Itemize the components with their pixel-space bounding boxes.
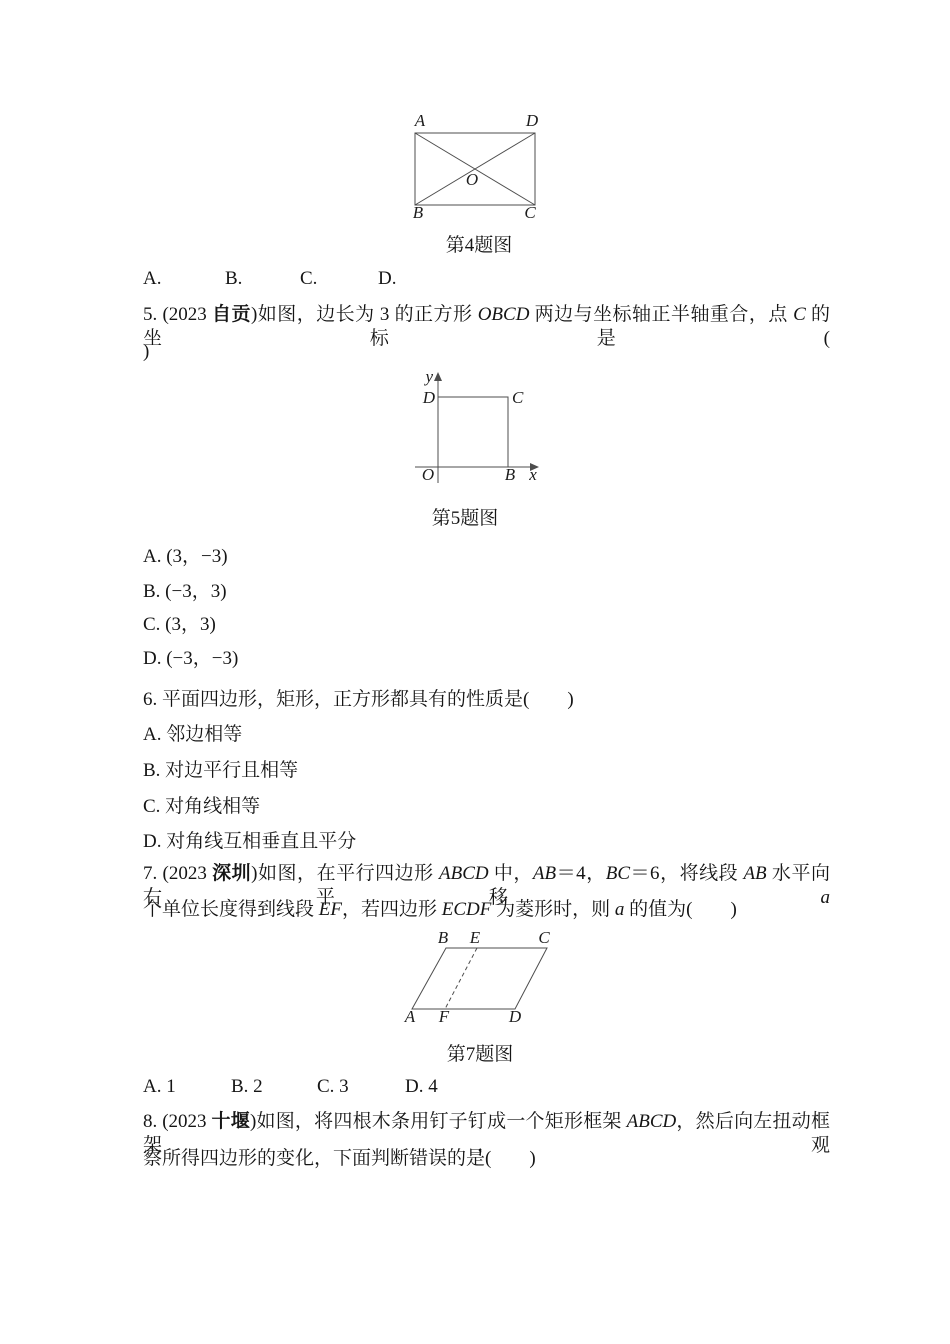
figure7-caption: 第7题图	[447, 1043, 514, 1067]
x-axis-label: x	[528, 465, 537, 484]
q8-stem-number: 8. (2023	[143, 1111, 212, 1132]
center-label-o: O	[466, 170, 478, 189]
figure5-caption: 第5题图	[432, 507, 499, 531]
figure-question7-parallelogram: B E C A F D	[400, 928, 560, 1033]
q7-option-a: A. 1	[143, 1075, 176, 1099]
q5-option-b: B. (−3，3)	[143, 580, 227, 604]
q5-option-a: A. (3，−3)	[143, 545, 228, 569]
question-7-stem-line2: 个单位长度得到线段 EF，若四边形 ECDF 为菱形时，则 a 的值为( )	[143, 898, 737, 922]
q7-option-d: D. 4	[405, 1075, 438, 1099]
q7-option-c: C. 3	[317, 1075, 349, 1099]
q6-option-b: B. 对边平行且相等	[143, 759, 298, 783]
vertex-label-b: B	[413, 203, 424, 222]
question-6-stem: 6. 平面四边形，矩形，正方形都具有的性质是( )	[143, 688, 574, 712]
q4-option-c: C.	[300, 267, 317, 291]
q6-option-d: D. 对角线互相垂直且平分	[143, 830, 356, 854]
vertex-label-d: D	[508, 1007, 522, 1026]
q5-option-d: D. (−3，−3)	[143, 647, 238, 671]
q5-stem-number: 5. (2023	[143, 304, 212, 325]
vertex-label-c: C	[512, 388, 524, 407]
q7-option-b: B. 2	[231, 1075, 263, 1099]
vertex-label-b: B	[438, 928, 449, 947]
point-label-e: E	[469, 928, 481, 947]
vertex-label-d: D	[525, 112, 539, 130]
vertex-label-c: C	[538, 928, 550, 947]
worksheet-page: A D B C O 第4题图 A. B. C. D. 5. (2023 自贡)如…	[0, 0, 950, 1344]
q4-option-d: D.	[378, 267, 396, 291]
point-label-f: F	[438, 1007, 450, 1026]
origin-label-o: O	[422, 465, 434, 484]
figure-question5-coordinate-square: y D C O B x	[400, 370, 560, 490]
segment-ef-dashed	[445, 948, 477, 1009]
question-8-stem-line2: 察所得四边形的变化，下面判断错误的是( )	[143, 1147, 536, 1171]
vertex-label-c: C	[524, 203, 536, 222]
square-obcd	[438, 397, 508, 467]
q7-stem-number: 7. (2023	[143, 863, 212, 884]
q6-option-c: C. 对角线相等	[143, 795, 260, 819]
q5-stem-close-paren: )	[143, 340, 149, 364]
vertex-label-a: A	[404, 1007, 416, 1026]
vertex-label-a: A	[414, 112, 426, 130]
figure-question4-rectangle: A D B C O	[405, 112, 550, 224]
question-5-stem: 5. (2023 自贡)如图，边长为 3 的正方形 OBCD 两边与坐标轴正半轴…	[143, 303, 830, 351]
q5-option-c: C. (3，3)	[143, 613, 216, 637]
q7-stem-source: 深圳	[212, 863, 251, 884]
q4-option-b: B.	[225, 267, 242, 291]
y-axis-arrow	[434, 372, 442, 381]
parallelogram-abcd	[412, 948, 547, 1009]
q8-stem-source: 十堰	[212, 1111, 250, 1132]
vertex-label-b: B	[505, 465, 516, 484]
q6-option-a: A. 邻边相等	[143, 723, 242, 747]
figure4-caption: 第4题图	[446, 234, 513, 258]
q5-stem-source: 自贡	[212, 304, 251, 325]
vertex-label-d: D	[422, 388, 436, 407]
q4-option-a: A.	[143, 267, 161, 291]
y-axis-label: y	[423, 370, 433, 386]
